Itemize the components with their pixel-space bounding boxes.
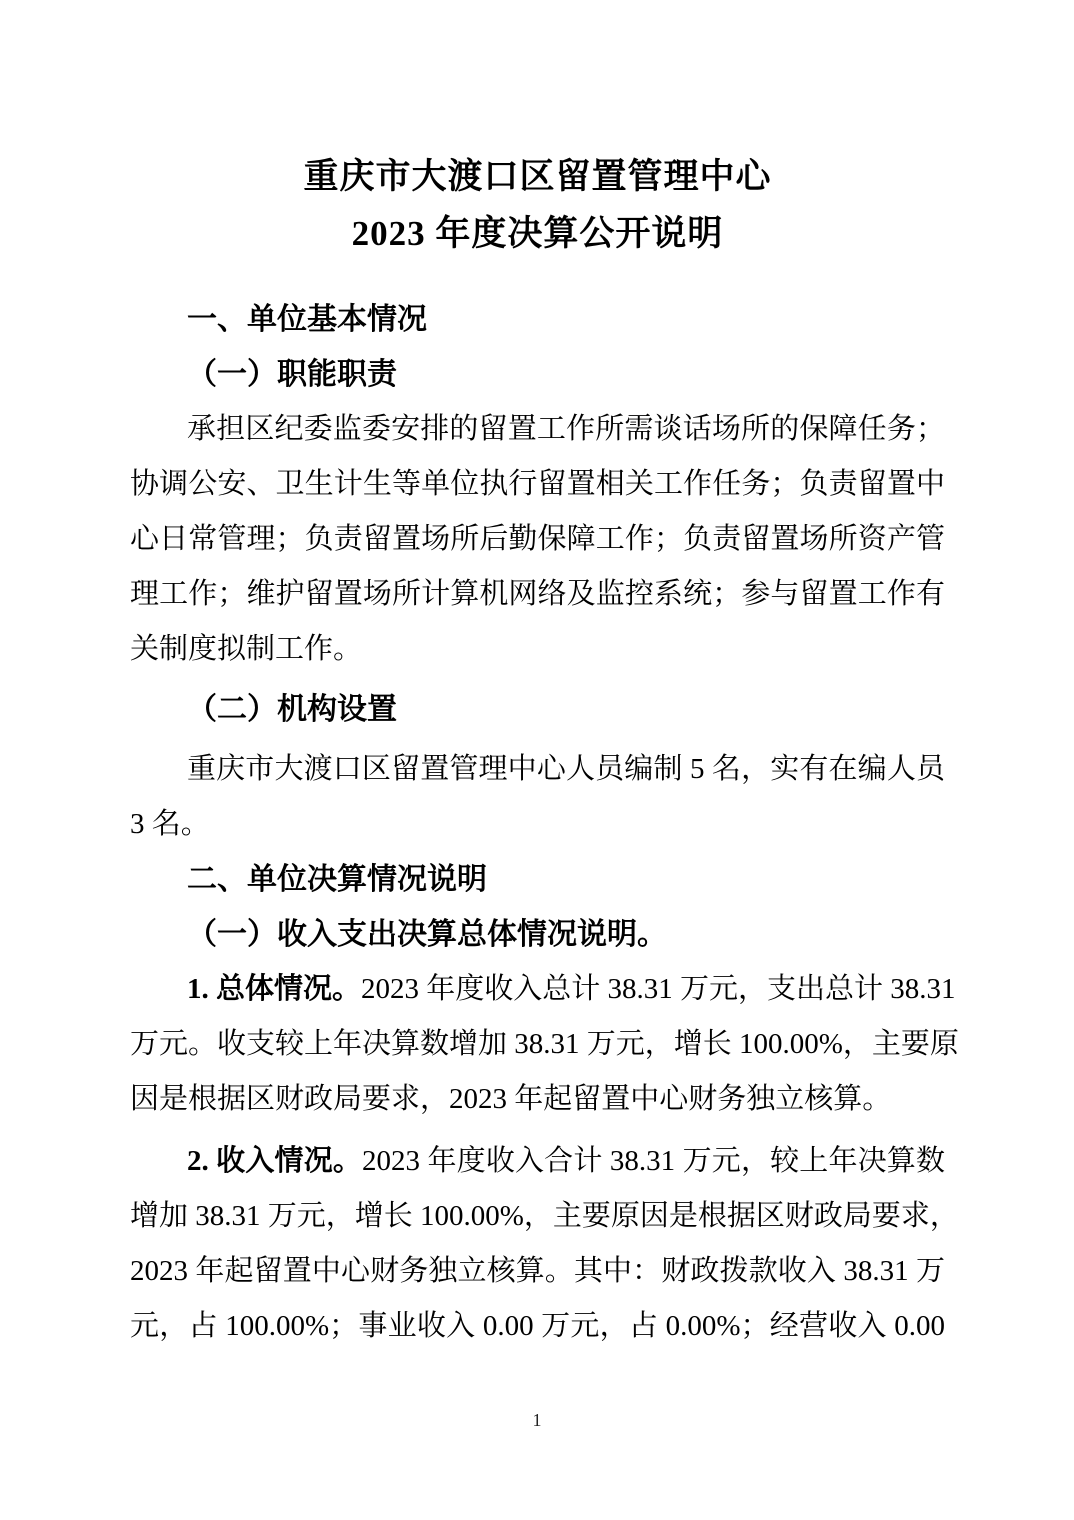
paragraph-overall: 1. 总体情况。2023 年度收入总计 38.31 万元，支出总计 38.31 … <box>130 962 945 1127</box>
paragraph-organization: 重庆市大渡口区留置管理中心人员编制 5 名，实有在编人员 3 名。 <box>130 742 945 852</box>
paragraph-lead-rest: 2023 年度收入合计 38.31 万元，较上年决算数 <box>362 1145 945 1177</box>
paragraph-line: 增加 38.31 万元，增长 100.00%，主要原因是根据区财政局要求， <box>130 1189 945 1244</box>
document-title-line-2: 2023 年度决算公开说明 <box>130 205 945 262</box>
subheading-overall-statement: （一）收入支出决算总体情况说明。 <box>130 907 945 962</box>
paragraph-lead: 1. 总体情况。 <box>187 973 361 1005</box>
paragraph-line: 元，占 100.00%；事业收入 0.00 万元，占 0.00%；经营收入 0.… <box>130 1299 945 1354</box>
paragraph-line: 协调公安、卫生计生等单位执行留置相关工作任务；负责留置中 <box>130 457 945 512</box>
paragraph-line: 3 名。 <box>130 797 945 852</box>
paragraph-line: 关制度拟制工作。 <box>130 622 945 677</box>
page-number: 1 <box>0 1408 1074 1432</box>
document-title: 重庆市大渡口区留置管理中心 2023 年度决算公开说明 <box>130 0 945 262</box>
document-content: 重庆市大渡口区留置管理中心 2023 年度决算公开说明 一、单位基本情况 （一）… <box>130 0 945 1354</box>
paragraph-line: 承担区纪委监委安排的留置工作所需谈话场所的保障任务； <box>130 402 945 457</box>
paragraph-income: 2. 收入情况。2023 年度收入合计 38.31 万元，较上年决算数 增加 3… <box>130 1134 945 1354</box>
document-title-line-1: 重庆市大渡口区留置管理中心 <box>130 148 945 205</box>
paragraph-lead: 2. 收入情况。 <box>187 1145 362 1177</box>
paragraph-lead-rest: 2023 年度收入总计 38.31 万元，支出总计 38.31 <box>361 973 956 1005</box>
heading-final-accounts: 二、单位决算情况说明 <box>130 852 945 907</box>
paragraph-line: 2. 收入情况。2023 年度收入合计 38.31 万元，较上年决算数 <box>130 1134 945 1189</box>
paragraph-line: 重庆市大渡口区留置管理中心人员编制 5 名，实有在编人员 <box>130 742 945 797</box>
subheading-organization: （二）机构设置 <box>130 682 945 737</box>
paragraph-line: 1. 总体情况。2023 年度收入总计 38.31 万元，支出总计 38.31 <box>130 962 945 1017</box>
heading-unit-basic-info: 一、单位基本情况 <box>130 292 945 347</box>
subheading-duties: （一）职能职责 <box>130 347 945 402</box>
document-page: 重庆市大渡口区留置管理中心 2023 年度决算公开说明 一、单位基本情况 （一）… <box>0 0 1074 1520</box>
paragraph-line: 理工作；维护留置场所计算机网络及监控系统；参与留置工作有 <box>130 567 945 622</box>
paragraph-line: 2023 年起留置中心财务独立核算。其中：财政拨款收入 38.31 万 <box>130 1244 945 1299</box>
paragraph-line: 因是根据区财政局要求，2023 年起留置中心财务独立核算。 <box>130 1072 945 1127</box>
paragraph-line: 心日常管理；负责留置场所后勤保障工作；负责留置场所资产管 <box>130 512 945 567</box>
paragraph-line: 万元。收支较上年决算数增加 38.31 万元，增长 100.00%，主要原 <box>130 1017 945 1072</box>
paragraph-duties: 承担区纪委监委安排的留置工作所需谈话场所的保障任务； 协调公安、卫生计生等单位执… <box>130 402 945 677</box>
